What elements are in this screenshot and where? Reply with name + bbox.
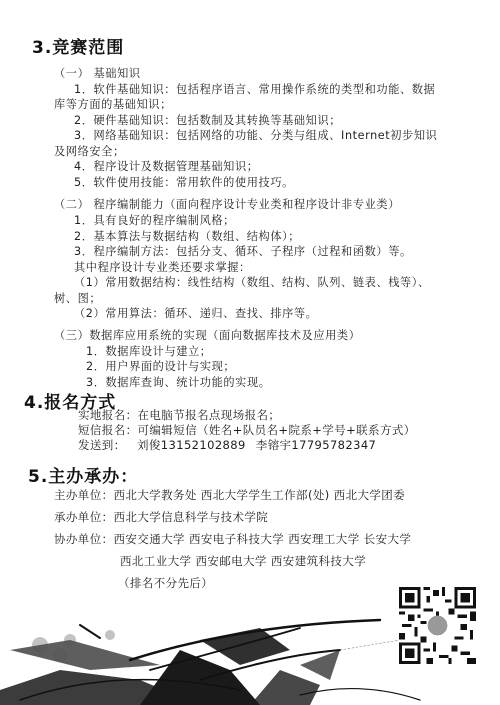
part1-line: 3．网络基础知识：包括网络的功能、分类与组成、Internet初步知识 xyxy=(74,128,437,144)
part1-line: 1．软件基础知识：包括程序语言、常用操作系统的类型和功能、数据 xyxy=(74,82,435,98)
part3-line: 2．用户界面的设计与实现； xyxy=(86,359,235,375)
send-label: 发送到： xyxy=(78,435,137,456)
contact-liu: 刘俊13152102889 xyxy=(137,438,246,452)
part1-line: 4．程序设计及数据管理基础知识； xyxy=(74,159,259,175)
host-row: 主办单位：西北大学教务处 西北大学学生工作部(处) 西北大学团委 xyxy=(54,485,405,506)
part2-line: 1．具有良好的程序编制风格； xyxy=(74,213,235,229)
qr-code-icon[interactable] xyxy=(399,587,476,664)
part3-line: 1．数据库设计与建立； xyxy=(86,344,212,360)
host-label: 主办单位： xyxy=(54,488,114,502)
co-line-1: 西安交通大学 西安电子科技大学 西安理工大学 长安大学 xyxy=(114,532,412,546)
section-heading-organizers: 5.主办承办： xyxy=(28,462,138,487)
organizer-label: 承办单位： xyxy=(54,510,114,524)
part2-line: 2．基本算法与数据结构（数组、结构体）； xyxy=(74,229,300,245)
part2-line: （2）常用算法：循环、递归、查找、排序等。 xyxy=(74,306,317,322)
part2-title: （二） 程序编制能力（面向程序设计专业类和程序设计非专业类） xyxy=(54,197,400,213)
co-organizer-row: 协办单位：西安交通大学 西安电子科技大学 西安理工大学 长安大学 xyxy=(54,529,411,550)
part1-line: 5．软件使用技能：常用软件的使用技巧。 xyxy=(74,175,294,191)
part2-line: 树、图； xyxy=(54,291,101,307)
part1-line: 库等方面的基础知识； xyxy=(54,97,172,113)
part2-line: 3．程序编制方法：包括分支、循环、子程序（过程和函数）等。 xyxy=(74,244,412,260)
co-line-2: 西北工业大学 西安邮电大学 西安建筑科技大学 xyxy=(120,551,366,572)
part1-line: 及网络安全； xyxy=(54,144,125,160)
ranking-note: （排名不分先后） xyxy=(118,573,213,594)
contact-li: 李镕宇17795782347 xyxy=(256,438,377,452)
co-label: 协办单位： xyxy=(54,532,114,546)
part2-line: （1）常用数据结构：线性结构（数组、结构、队列、链表、栈等）、 xyxy=(74,275,430,291)
host-value: 西北大学教务处 西北大学学生工作部(处) 西北大学团委 xyxy=(114,488,406,502)
part2-line: 其中程序设计专业类还要求掌握： xyxy=(74,260,251,276)
section-heading-competition-scope: 3.竞赛范围 xyxy=(32,33,124,58)
send-to-row: 发送到：刘俊13152102889李镕宇17795782347 xyxy=(78,435,376,456)
organizer-row: 承办单位：西北大学信息科学与技术学院 xyxy=(54,507,268,528)
part1-line: 2．硬件基础知识：包括数制及其转换等基础知识； xyxy=(74,113,341,129)
part1-title: （一） 基础知识 xyxy=(54,66,141,82)
part3-title: （三）数据库应用系统的实现（面向数据库技术及应用类） xyxy=(54,328,360,344)
organizer-value: 西北大学信息科学与技术学院 xyxy=(114,510,269,524)
